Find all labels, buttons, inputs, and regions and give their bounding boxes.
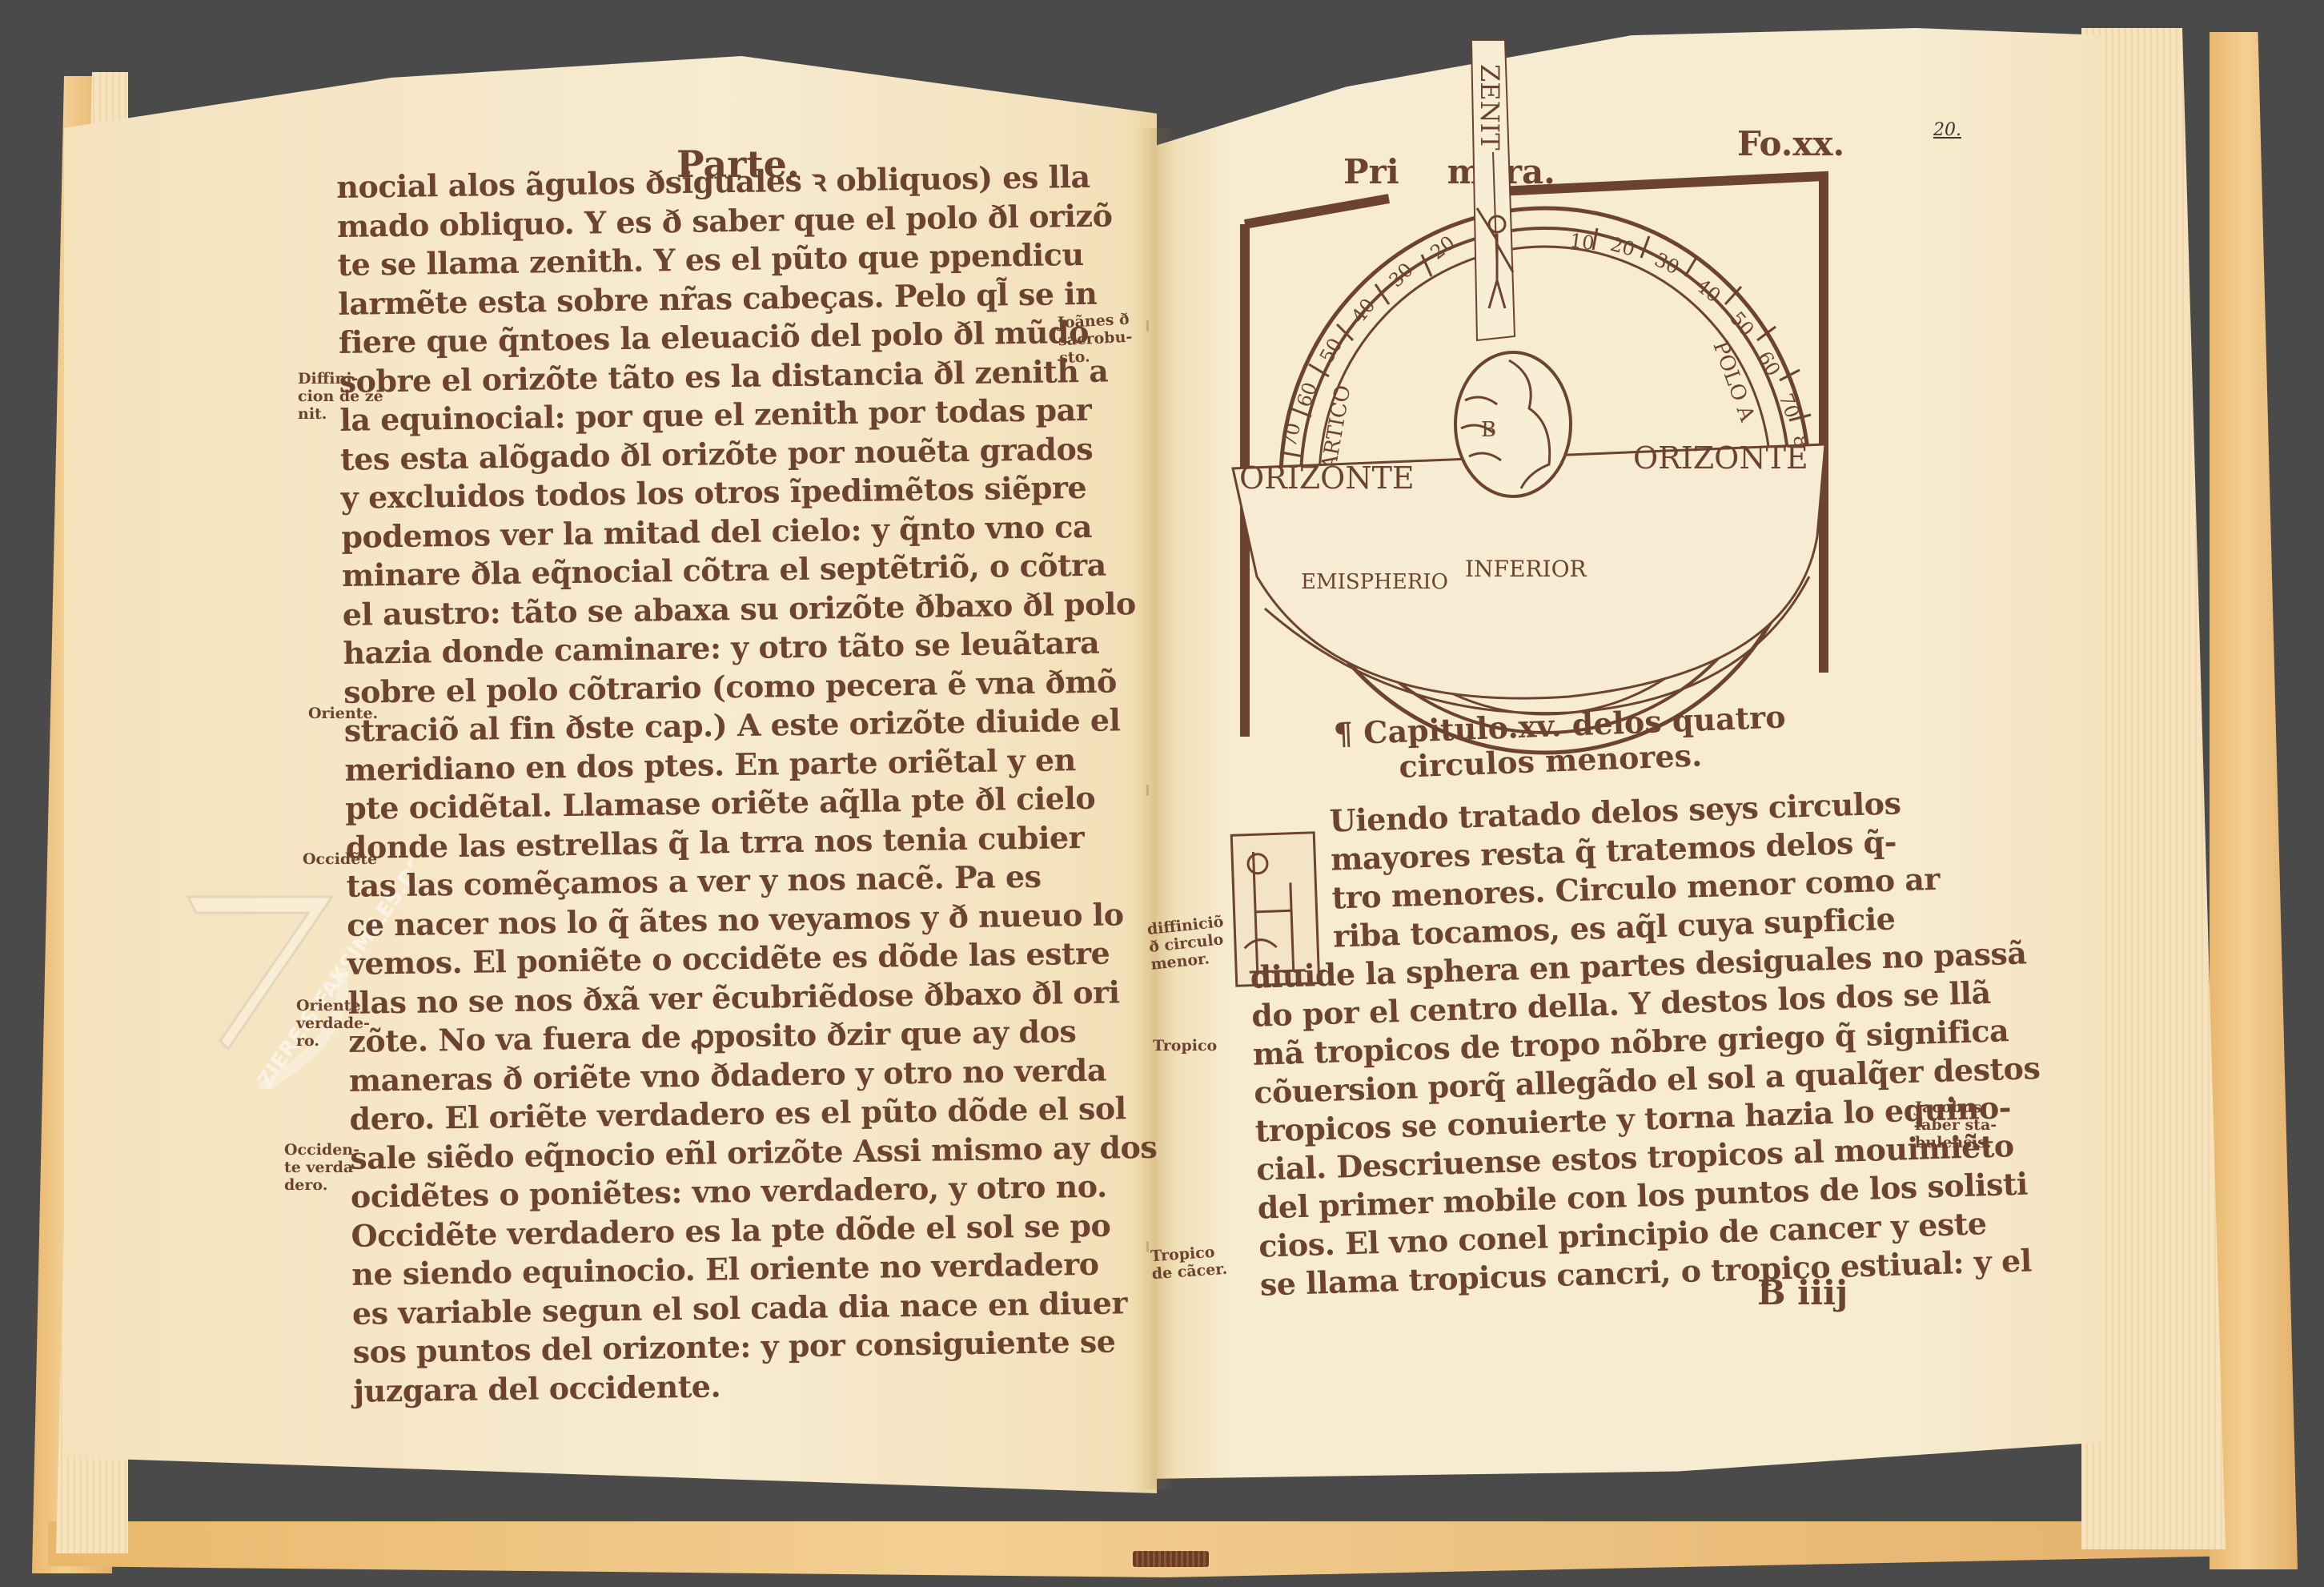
margin-note-occidente: Occidẽte xyxy=(303,850,377,868)
svg-text:ORIZONTE: ORIZONTE xyxy=(1633,440,1808,476)
left-page-text: nocial alos ãgulos ðsiguales ꝛ obliquos)… xyxy=(336,157,1161,1411)
svg-text:ZENIT: ZENIT xyxy=(1475,64,1505,151)
margin-note-oriente: Oriente. xyxy=(308,705,378,722)
pencil-folio-number: 20. xyxy=(1933,120,1961,140)
margin-note-tropico-de-cancer: Tropico de cãcer. xyxy=(1150,1243,1228,1283)
cover-bottom xyxy=(48,1521,2282,1577)
margin-note-diffinicion-circulo-menor: diffiniciõ ð circulo menor. xyxy=(1146,913,1228,974)
cover-right xyxy=(2210,32,2298,1569)
svg-text:B: B xyxy=(1481,418,1496,442)
headband xyxy=(1133,1551,1209,1567)
svg-text:POLO A: POLO A xyxy=(1708,338,1759,426)
open-book: ZIEREIS-FAKSIMILES.DE Parte. nocial alos… xyxy=(0,0,2324,1587)
margin-note-diffinicion-zenit: Diffini- cion de ze nit. xyxy=(298,370,383,423)
svg-text:EMISPHERIO: EMISPHERIO xyxy=(1301,570,1448,594)
margin-note-joannes-sacrobosco: Joãnes ð sacrobu- sto. xyxy=(1057,311,1134,368)
margin-note-occidente-verdadero: Occiden- te verda- dero. xyxy=(284,1141,359,1194)
svg-text:ORIZONTE: ORIZONTE xyxy=(1239,460,1415,496)
margin-note-oriente-verdadero: Oriente verdade- ro. xyxy=(296,997,370,1050)
horizon-diagram: 20 30 40 50 60 70 80 10 20 30 40 50 60 7… xyxy=(1233,160,1873,737)
svg-text:10: 10 xyxy=(1568,229,1595,255)
svg-text:70: 70 xyxy=(1774,390,1804,420)
binding-stitch xyxy=(1146,320,1149,331)
margin-note-jacobus-faber: Jacobus faber sta- bulensis. xyxy=(1915,1099,1997,1151)
signature-mark: B iiij xyxy=(1757,1273,1848,1312)
right-page-text: Uiendo tratado delos seys circulos mayor… xyxy=(1245,780,2046,1304)
svg-text:ARTICO: ARTICO xyxy=(1317,384,1355,472)
folio-number: Fo.xx. xyxy=(1737,124,1844,163)
svg-text:70: 70 xyxy=(1278,421,1305,450)
svg-text:30: 30 xyxy=(1651,248,1683,279)
svg-text:INFERIOR: INFERIOR xyxy=(1465,556,1587,582)
margin-note-tropico: Tropico xyxy=(1153,1037,1217,1055)
horizon-diagram-graphic: 20 30 40 50 60 70 80 10 20 30 40 50 60 7… xyxy=(1233,160,1873,737)
